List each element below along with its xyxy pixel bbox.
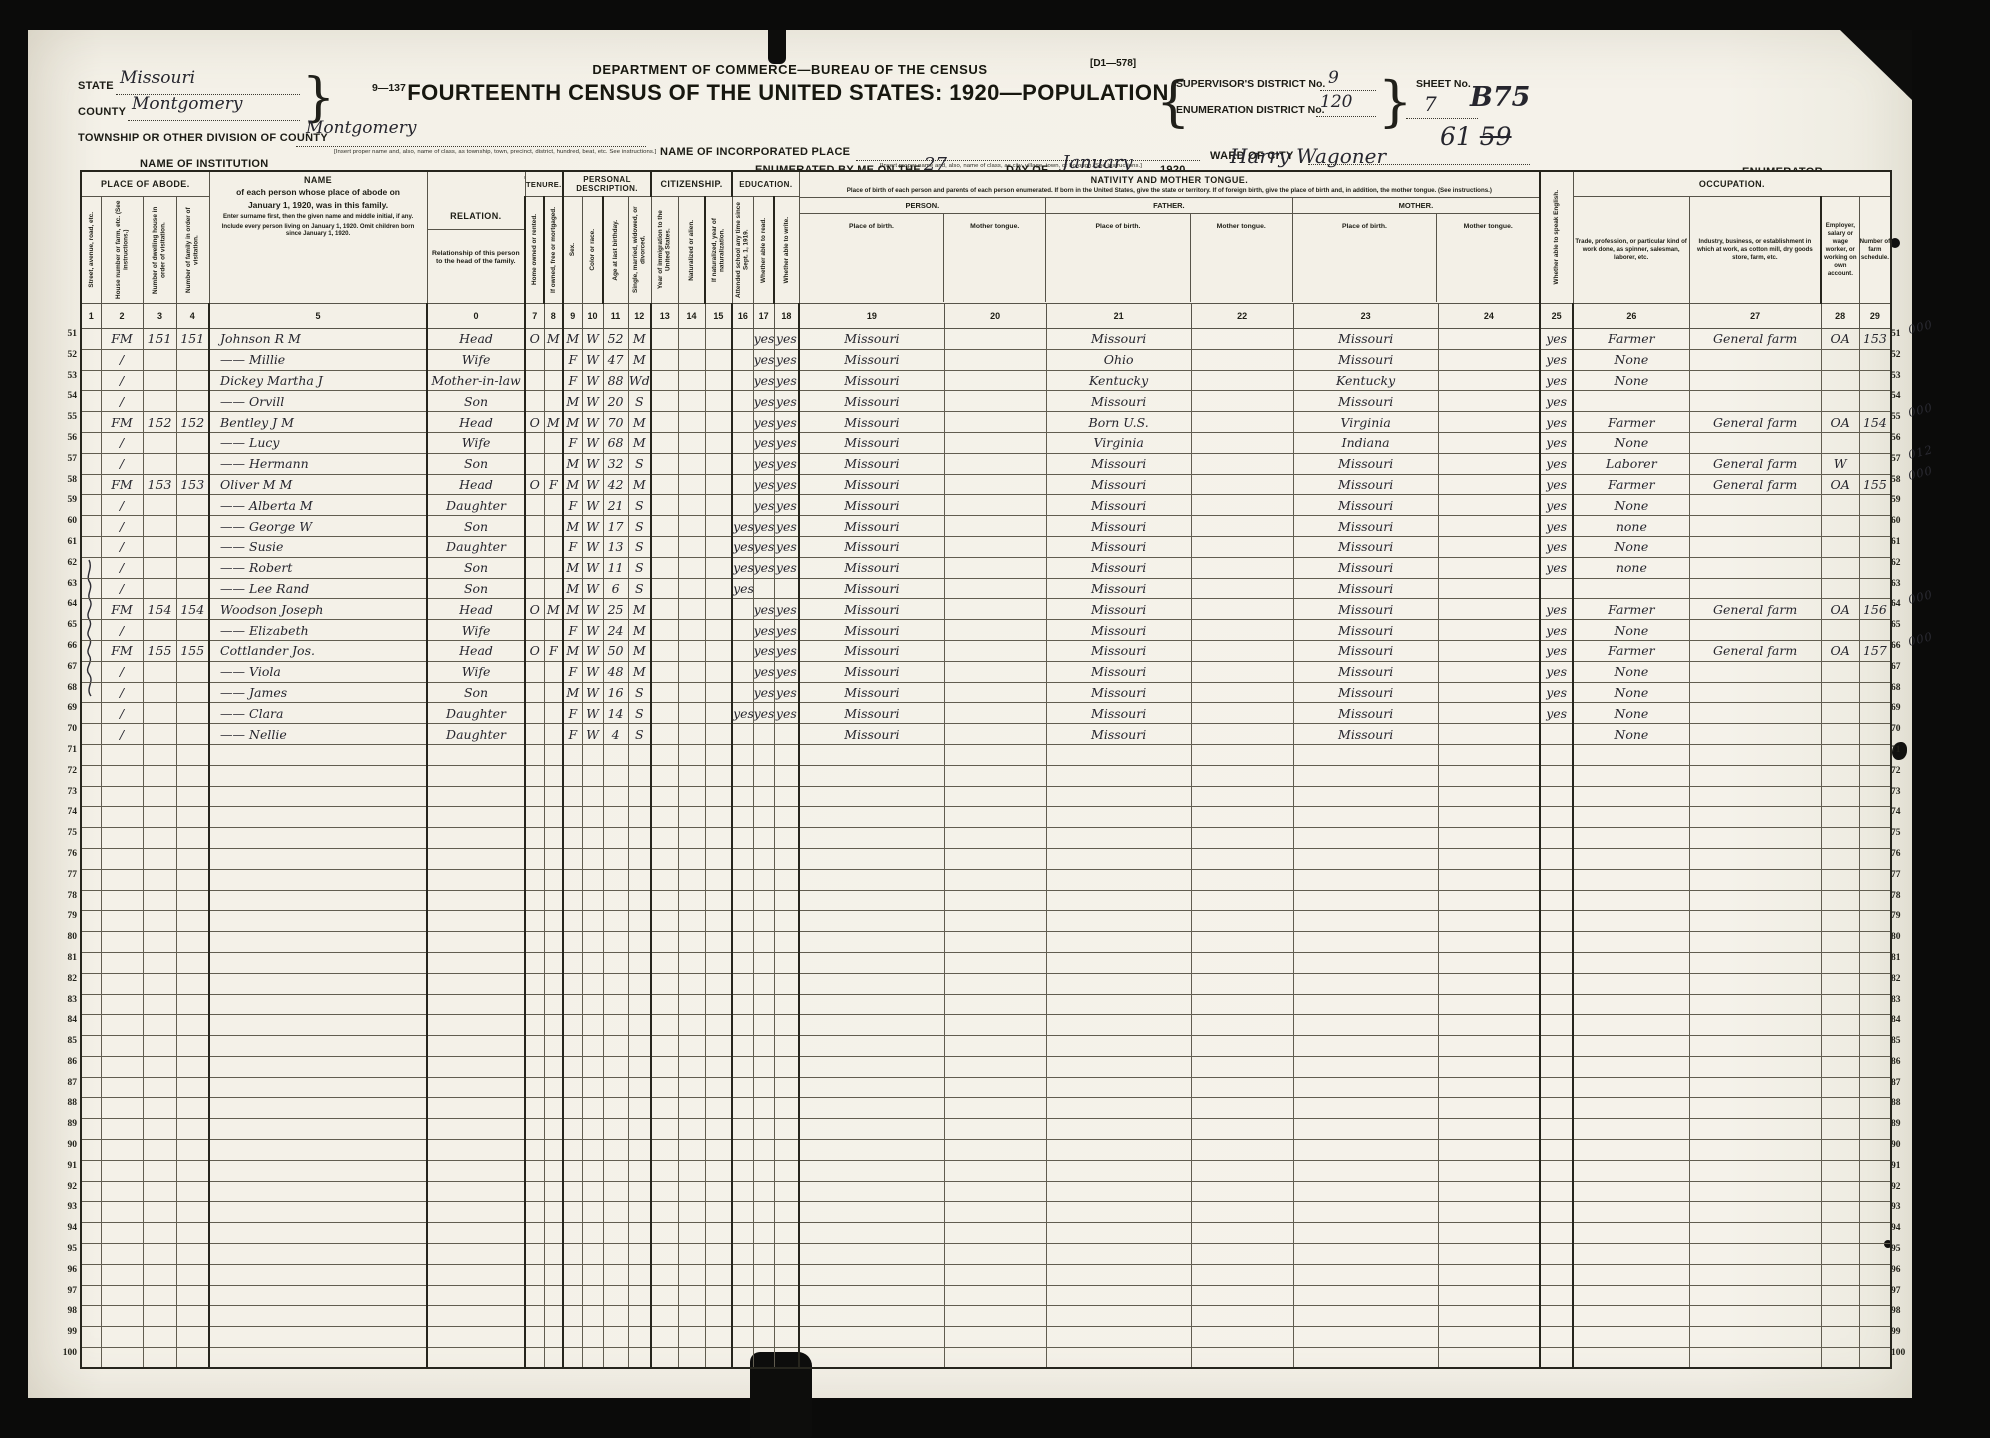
cell-farm_no (1859, 453, 1891, 474)
cell-nat (678, 1264, 705, 1285)
cell-name (209, 911, 427, 932)
cell-relation (427, 952, 525, 973)
cell-read (753, 911, 774, 932)
cell-age: 6 (603, 578, 628, 599)
cell-imm (651, 1202, 678, 1223)
cell-read: yes (753, 703, 774, 724)
cell-age: 17 (603, 516, 628, 537)
cell-industry (1689, 932, 1821, 953)
cell-relation (427, 869, 525, 890)
cell-imm (651, 1140, 678, 1161)
person-pob-label: Place of birth. (800, 214, 945, 302)
cell-family (176, 973, 209, 994)
cell-mortgage (544, 1202, 563, 1223)
cell-trade (1573, 1244, 1689, 1265)
cell-nat (678, 1098, 705, 1119)
cell-family (176, 932, 209, 953)
cell-read: yes (753, 474, 774, 495)
cell-farm_house (101, 744, 143, 765)
cell-tongue (944, 786, 1046, 807)
cell-write (774, 578, 799, 599)
row-number: 59 (68, 490, 78, 511)
cell-tongue (944, 890, 1046, 911)
cell-owned (525, 453, 544, 474)
cell-employer: OA (1821, 329, 1859, 350)
cell-street (81, 1306, 101, 1327)
table-row: FM154154Woodson JosephHeadOMMW25MyesyesM… (81, 599, 1891, 620)
cell-dwelling (143, 932, 176, 953)
cell-read: yes (753, 536, 774, 557)
cell-trade (1573, 807, 1689, 828)
cell-pob (799, 1077, 944, 1098)
col-number-21: 21 (1046, 304, 1191, 329)
cell-name: —— Lucy (209, 432, 427, 453)
cell-dwelling (143, 1348, 176, 1369)
row-number: 63 (68, 574, 78, 595)
cell-color: W (582, 578, 603, 599)
cell-english (1540, 1140, 1573, 1161)
cell-trade (1573, 1077, 1689, 1098)
cell-color (582, 1348, 603, 1369)
cell-school (732, 370, 753, 391)
cell-age (603, 765, 628, 786)
cell-mortgage (544, 1036, 563, 1057)
cell-employer (1821, 765, 1859, 786)
col-number-16: 16 (732, 304, 753, 329)
cell-school (732, 599, 753, 620)
sheet-scratch-kept: 61 (1440, 122, 1472, 151)
cell-relation (427, 828, 525, 849)
cell-name (209, 807, 427, 828)
cell-color (582, 952, 603, 973)
cell-write (774, 1140, 799, 1161)
cell-pob: Missouri (799, 432, 944, 453)
cell-mother_pob: Missouri (1293, 724, 1438, 745)
cell-sex (563, 1015, 582, 1036)
row-number: 86 (68, 1052, 78, 1073)
cell-farm_house (101, 952, 143, 973)
cell-father_tongue (1191, 807, 1293, 828)
cell-father_pob (1046, 1160, 1191, 1181)
cell-nat (678, 765, 705, 786)
cell-name: —— Alberta M (209, 495, 427, 516)
township-label: TOWNSHIP OR OTHER DIVISION OF COUNTY (78, 132, 328, 144)
cell-imm (651, 557, 678, 578)
cell-employer (1821, 828, 1859, 849)
cell-imm (651, 1285, 678, 1306)
cell-employer (1821, 557, 1859, 578)
row-number: 100 (63, 1343, 77, 1364)
cell-dwelling (143, 1015, 176, 1036)
cell-owned (525, 1098, 544, 1119)
margin-mark: 000 (1907, 400, 1935, 420)
cell-father_tongue (1191, 1244, 1293, 1265)
cell-tongue (944, 349, 1046, 370)
cell-english (1540, 1119, 1573, 1140)
cell-read (753, 1077, 774, 1098)
cell-tongue (944, 1348, 1046, 1369)
cell-industry (1689, 1264, 1821, 1285)
cell-write (774, 869, 799, 890)
census-sheet-paper: 9—137 DEPARTMENT OF COMMERCE—BUREAU OF T… (28, 30, 1912, 1398)
cell-age (603, 1285, 628, 1306)
sheet-letter-value: B75 (1470, 82, 1530, 113)
cell-father_tongue (1191, 578, 1293, 599)
row-number: 85 (68, 1031, 78, 1052)
cell-name (209, 952, 427, 973)
table-row (81, 744, 1891, 765)
cell-mother_tongue (1438, 453, 1540, 474)
cell-family (176, 349, 209, 370)
cell-mother_tongue (1438, 1285, 1540, 1306)
cell-marital: S (628, 453, 651, 474)
cell-relation (427, 765, 525, 786)
cell-tongue (944, 1285, 1046, 1306)
cell-pob: Missouri (799, 329, 944, 350)
cell-marital: S (628, 557, 651, 578)
cell-father_pob: Virginia (1046, 432, 1191, 453)
cell-industry (1689, 828, 1821, 849)
cell-color (582, 828, 603, 849)
dwelling-desc: Number of dwelling house in order of vis… (152, 200, 167, 300)
cell-read (753, 1223, 774, 1244)
cell-farm_no (1859, 370, 1891, 391)
col-group-nativity: NATIVITY AND MOTHER TONGUE. Place of bir… (799, 171, 1540, 304)
person-tongue-label: Mother tongue. (944, 214, 1046, 302)
cell-color (582, 1098, 603, 1119)
cell-father_pob (1046, 1077, 1191, 1098)
cell-father_tongue (1191, 495, 1293, 516)
cell-owned (525, 432, 544, 453)
cell-english (1540, 1202, 1573, 1223)
cell-sex (563, 1160, 582, 1181)
cell-write (774, 1119, 799, 1140)
cell-street (81, 744, 101, 765)
cell-english (1540, 1223, 1573, 1244)
relation-group-title: RELATION. (428, 208, 525, 230)
cell-natyr (705, 848, 732, 869)
table-row: /—— JamesSonMW16SyesyesMissouriMissouriM… (81, 682, 1891, 703)
cell-nat (678, 807, 705, 828)
cell-imm (651, 661, 678, 682)
cell-mother_pob (1293, 869, 1438, 890)
cell-employer (1821, 620, 1859, 641)
scan-border-left (0, 0, 28, 1438)
cell-relation (427, 1264, 525, 1285)
cell-imm (651, 703, 678, 724)
scan-border-bottom (0, 1398, 1990, 1438)
col-number-0: 0 (427, 304, 525, 329)
cell-pob: Missouri (799, 578, 944, 599)
cell-relation (427, 1160, 525, 1181)
cell-marital: Wd (628, 370, 651, 391)
cell-farm_house: / (101, 516, 143, 537)
cell-school: yes (732, 703, 753, 724)
house-desc: House number or farm, etc. (See instruct… (115, 200, 130, 300)
cell-read: yes (753, 599, 774, 620)
cell-relation (427, 1348, 525, 1369)
cell-father_tongue (1191, 828, 1293, 849)
cell-tongue (944, 1264, 1046, 1285)
cell-write (774, 1077, 799, 1098)
cell-dwelling (143, 432, 176, 453)
cell-dwelling (143, 703, 176, 724)
cell-nat (678, 536, 705, 557)
cell-write (774, 1056, 799, 1077)
cell-school (732, 1015, 753, 1036)
cell-father_pob (1046, 1306, 1191, 1327)
cell-farm_no (1859, 1285, 1891, 1306)
cell-trade: None (1573, 661, 1689, 682)
cell-marital: M (628, 432, 651, 453)
cell-color: W (582, 724, 603, 745)
cell-color: W (582, 599, 603, 620)
cell-imm (651, 1098, 678, 1119)
cell-pob: Missouri (799, 474, 944, 495)
incorporated-fill-line (856, 160, 1200, 161)
cell-school (732, 682, 753, 703)
cell-street (81, 973, 101, 994)
cell-marital: S (628, 724, 651, 745)
cell-sex: F (563, 349, 582, 370)
cell-family (176, 828, 209, 849)
cell-father_pob (1046, 1264, 1191, 1285)
margin-mark: 000 (1907, 317, 1935, 337)
cell-natyr (705, 1348, 732, 1369)
cell-sex (563, 1140, 582, 1161)
cell-imm (651, 391, 678, 412)
cell-pob: Missouri (799, 724, 944, 745)
cell-mortgage (544, 682, 563, 703)
cell-father_pob (1046, 1285, 1191, 1306)
cell-farm_house: / (101, 453, 143, 474)
cell-mother_pob (1293, 952, 1438, 973)
cell-farm_no (1859, 432, 1891, 453)
cell-school (732, 1077, 753, 1098)
row-number: 90 (68, 1135, 78, 1156)
cell-relation (427, 1202, 525, 1223)
cell-industry (1689, 890, 1821, 911)
cell-tongue (944, 1306, 1046, 1327)
cell-owned (525, 1244, 544, 1265)
col-number-11: 11 (603, 304, 628, 329)
cell-mortgage (544, 1160, 563, 1181)
cell-pob (799, 973, 944, 994)
cell-father_tongue (1191, 973, 1293, 994)
cell-owned (525, 1348, 544, 1369)
cell-sex: F (563, 370, 582, 391)
cell-farm_no (1859, 349, 1891, 370)
cell-mother_tongue (1438, 1160, 1540, 1181)
cell-nat (678, 869, 705, 890)
cell-father_tongue (1191, 1202, 1293, 1223)
row-number: 99 (68, 1322, 78, 1343)
row-number-gutter-left: 5152535455565758596061626364656667686970… (53, 324, 77, 1364)
page-title: FOURTEENTH CENSUS OF THE UNITED STATES: … (328, 80, 1248, 106)
cell-age (603, 1223, 628, 1244)
cell-mortgage (544, 890, 563, 911)
cell-farm_no (1859, 578, 1891, 599)
cell-trade (1573, 890, 1689, 911)
cell-natyr (705, 682, 732, 703)
cell-english: yes (1540, 703, 1573, 724)
row-number: 65 (68, 615, 78, 636)
cell-natyr (705, 828, 732, 849)
cell-tongue (944, 744, 1046, 765)
cell-imm (651, 412, 678, 433)
cell-employer (1821, 349, 1859, 370)
cell-mother_pob: Missouri (1293, 620, 1438, 641)
cell-mother_tongue (1438, 620, 1540, 641)
cell-street (81, 1119, 101, 1140)
col-number-3: 3 (143, 304, 176, 329)
cell-employer (1821, 932, 1859, 953)
cell-mortgage (544, 661, 563, 682)
cell-marital (628, 1285, 651, 1306)
cell-name: —— Nellie (209, 724, 427, 745)
cell-father_pob (1046, 1202, 1191, 1223)
table-row: /—— RobertSonMW11SyesyesyesMissouriMisso… (81, 557, 1891, 578)
row-number: 52 (68, 345, 78, 366)
cell-father_pob: Missouri (1046, 391, 1191, 412)
table-row (81, 1223, 1891, 1244)
cell-read (753, 1244, 774, 1265)
incorporated-place-label: NAME OF INCORPORATED PLACE (660, 146, 850, 158)
cell-imm (651, 744, 678, 765)
cell-school (732, 973, 753, 994)
cell-farm_no (1859, 869, 1891, 890)
cell-industry (1689, 1098, 1821, 1119)
cell-trade (1573, 932, 1689, 953)
cell-employer (1821, 536, 1859, 557)
cell-school (732, 848, 753, 869)
cell-write (774, 973, 799, 994)
cell-industry (1689, 1285, 1821, 1306)
cell-street (81, 1264, 101, 1285)
cell-write (774, 1348, 799, 1369)
cell-father_tongue (1191, 952, 1293, 973)
cell-write: yes (774, 557, 799, 578)
cell-street (81, 329, 101, 350)
cell-street (81, 1056, 101, 1077)
cell-relation (427, 848, 525, 869)
cell-nat (678, 911, 705, 932)
cell-industry (1689, 848, 1821, 869)
cell-color: W (582, 432, 603, 453)
cell-mother_pob (1293, 1036, 1438, 1057)
cell-father_tongue (1191, 890, 1293, 911)
cell-color (582, 744, 603, 765)
cell-sex (563, 1077, 582, 1098)
cell-age: 14 (603, 703, 628, 724)
cell-street (81, 557, 101, 578)
row-number: 61 (68, 532, 78, 553)
cell-name: —— Hermann (209, 453, 427, 474)
cell-relation: Head (427, 640, 525, 661)
cell-street (81, 370, 101, 391)
cell-farm_house: FM (101, 329, 143, 350)
cell-pob: Missouri (799, 412, 944, 433)
cell-natyr (705, 807, 732, 828)
cell-age (603, 786, 628, 807)
cell-marital (628, 765, 651, 786)
cell-employer (1821, 1056, 1859, 1077)
cell-mother_tongue (1438, 640, 1540, 661)
cell-trade (1573, 973, 1689, 994)
col-group-personal: PERSONAL DESCRIPTION. (563, 171, 651, 197)
cell-natyr (705, 1306, 732, 1327)
cell-employer (1821, 973, 1859, 994)
cell-school (732, 765, 753, 786)
cell-sex: M (563, 453, 582, 474)
family-desc: Number of family in order of visitation. (185, 200, 200, 300)
cell-street (81, 994, 101, 1015)
cell-nat (678, 453, 705, 474)
table-row (81, 932, 1891, 953)
cell-father_tongue (1191, 1223, 1293, 1244)
cell-employer (1821, 1264, 1859, 1285)
cell-mother_pob (1293, 1015, 1438, 1036)
cell-color (582, 786, 603, 807)
cell-imm (651, 682, 678, 703)
cell-mother_tongue (1438, 1244, 1540, 1265)
cell-father_tongue (1191, 1119, 1293, 1140)
cell-school (732, 495, 753, 516)
cell-pob (799, 807, 944, 828)
cell-english: yes (1540, 453, 1573, 474)
cell-age (603, 807, 628, 828)
cell-color (582, 911, 603, 932)
cell-nat (678, 1181, 705, 1202)
cell-english (1540, 1348, 1573, 1369)
cell-farm_no (1859, 1348, 1891, 1369)
cell-read (753, 828, 774, 849)
cell-read (753, 994, 774, 1015)
cell-trade (1573, 1327, 1689, 1348)
cell-read (753, 786, 774, 807)
cell-trade (1573, 952, 1689, 973)
row-number: 88 (68, 1093, 78, 1114)
cell-marital (628, 848, 651, 869)
cell-industry (1689, 994, 1821, 1015)
cell-mortgage (544, 1285, 563, 1306)
cell-farm_no: 154 (1859, 412, 1891, 433)
cell-street (81, 1348, 101, 1369)
cell-pob: Missouri (799, 349, 944, 370)
cell-relation (427, 786, 525, 807)
cell-english (1540, 1098, 1573, 1119)
cell-natyr (705, 1223, 732, 1244)
cell-father_pob (1046, 973, 1191, 994)
col-number-5: 5 (209, 304, 427, 329)
col-group-place-of-abode: PLACE OF ABODE. (81, 171, 209, 197)
cell-nat (678, 349, 705, 370)
cell-farm_no (1859, 682, 1891, 703)
cell-name (209, 1223, 427, 1244)
cell-street (81, 848, 101, 869)
cell-owned: O (525, 640, 544, 661)
table-row: /—— LucyWifeFW68MyesyesMissouriVirginiaI… (81, 432, 1891, 453)
cell-age (603, 869, 628, 890)
cell-farm_house (101, 1119, 143, 1140)
cell-name: —— Elizabeth (209, 620, 427, 641)
cell-color (582, 1327, 603, 1348)
cell-school (732, 869, 753, 890)
cell-mother_pob: Missouri (1293, 578, 1438, 599)
row-number: 93 (68, 1197, 78, 1218)
table-row: FM151151Johnson R MHeadOMMW52MyesyesMiss… (81, 329, 1891, 350)
cell-marital (628, 1077, 651, 1098)
